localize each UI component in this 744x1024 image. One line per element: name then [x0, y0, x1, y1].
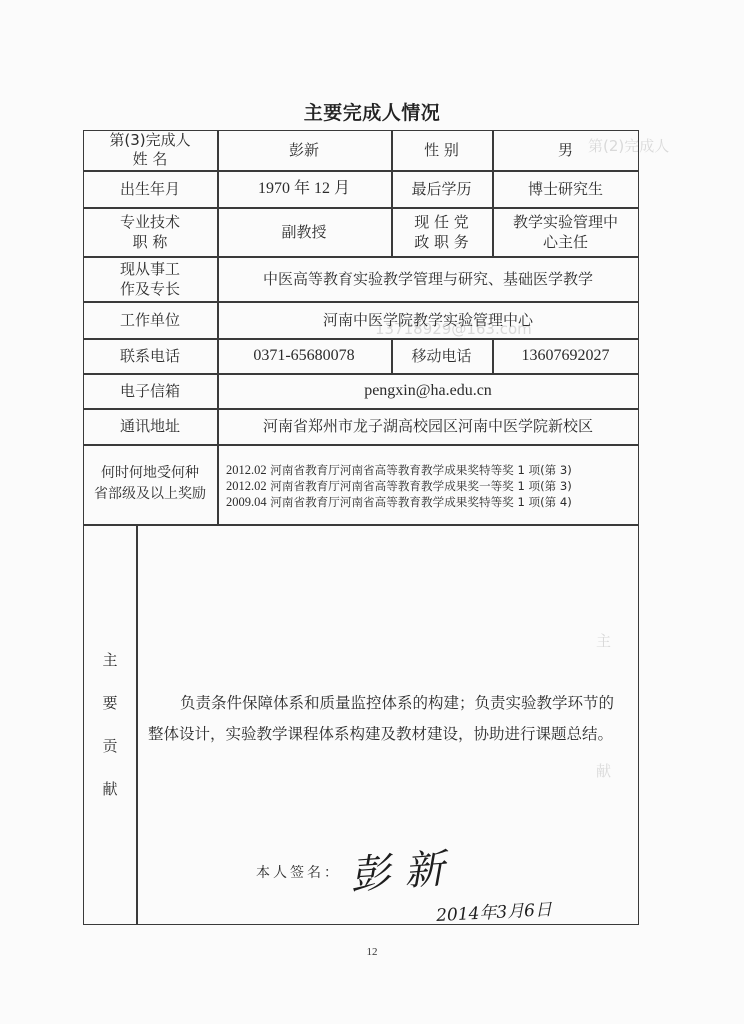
mobile-value: 13607692027 [492, 338, 639, 373]
name-label: 第(3)完成人 姓 名 [83, 130, 217, 170]
title-value: 副教授 [217, 207, 391, 256]
gender-label: 性 别 [391, 130, 492, 170]
column-divider [136, 524, 138, 925]
address-label: 通讯地址 [83, 408, 217, 444]
gender-value: 男 [492, 130, 639, 170]
award-item: 2009.04 河南省教育厅河南省高等教育教学成果奖特等奖 1 项(第 4) [226, 494, 636, 510]
row-divider [83, 524, 639, 526]
education-value: 博士研究生 [492, 170, 639, 207]
address-value: 河南省郑州市龙子湖高校园区河南中医学院新校区 [217, 408, 639, 444]
email-label: 电子信箱 [83, 373, 217, 408]
position-label: 现 任 党 政 职 务 [391, 207, 492, 256]
birth-date-value: 1970 年 12 月 [217, 170, 391, 207]
name-value: 彭新 [217, 130, 391, 170]
workplace-value: 河南中医学院教学实验管理中心 [217, 301, 639, 338]
phone-value: 0371-65680078 [217, 338, 391, 373]
mobile-label: 移动电话 [391, 338, 492, 373]
specialty-value: 中医高等教育实验教学管理与研究、基础医学教学 [217, 256, 639, 301]
page-title: 主要完成人情况 [0, 98, 744, 125]
contribution-text: 负责条件保障体系和质量监控体系的构建；负责实验教学环节的整体设计，实验教学课程体… [148, 688, 628, 750]
phone-label: 联系电话 [83, 338, 217, 373]
contribution-label: 主 要 贡 献 [84, 650, 136, 822]
page-number: 12 [0, 946, 744, 958]
workplace-label: 工作单位 [83, 301, 217, 338]
awards-list: 2012.02 河南省教育厅河南省高等教育教学成果奖特等奖 1 项(第 3) 2… [226, 462, 636, 510]
awards-label: 何时何地受何种 省部级及以上奖励 [83, 444, 217, 524]
birth-date-label: 出生年月 [83, 170, 217, 207]
award-item: 2012.02 河南省教育厅河南省高等教育教学成果奖一等奖 1 项(第 3) [226, 478, 636, 494]
specialty-label: 现从事工 作及专长 [83, 256, 217, 301]
email-value: pengxin@ha.edu.cn [217, 373, 639, 408]
position-value: 教学实验管理中 心主任 [492, 207, 639, 256]
education-label: 最后学历 [391, 170, 492, 207]
award-item: 2012.02 河南省教育厅河南省高等教育教学成果奖特等奖 1 项(第 3) [226, 462, 636, 478]
title-label: 专业技术 职 称 [83, 207, 217, 256]
handwritten-signature: 彭新 [348, 836, 460, 900]
signature-label: 本人签名： [256, 862, 341, 882]
